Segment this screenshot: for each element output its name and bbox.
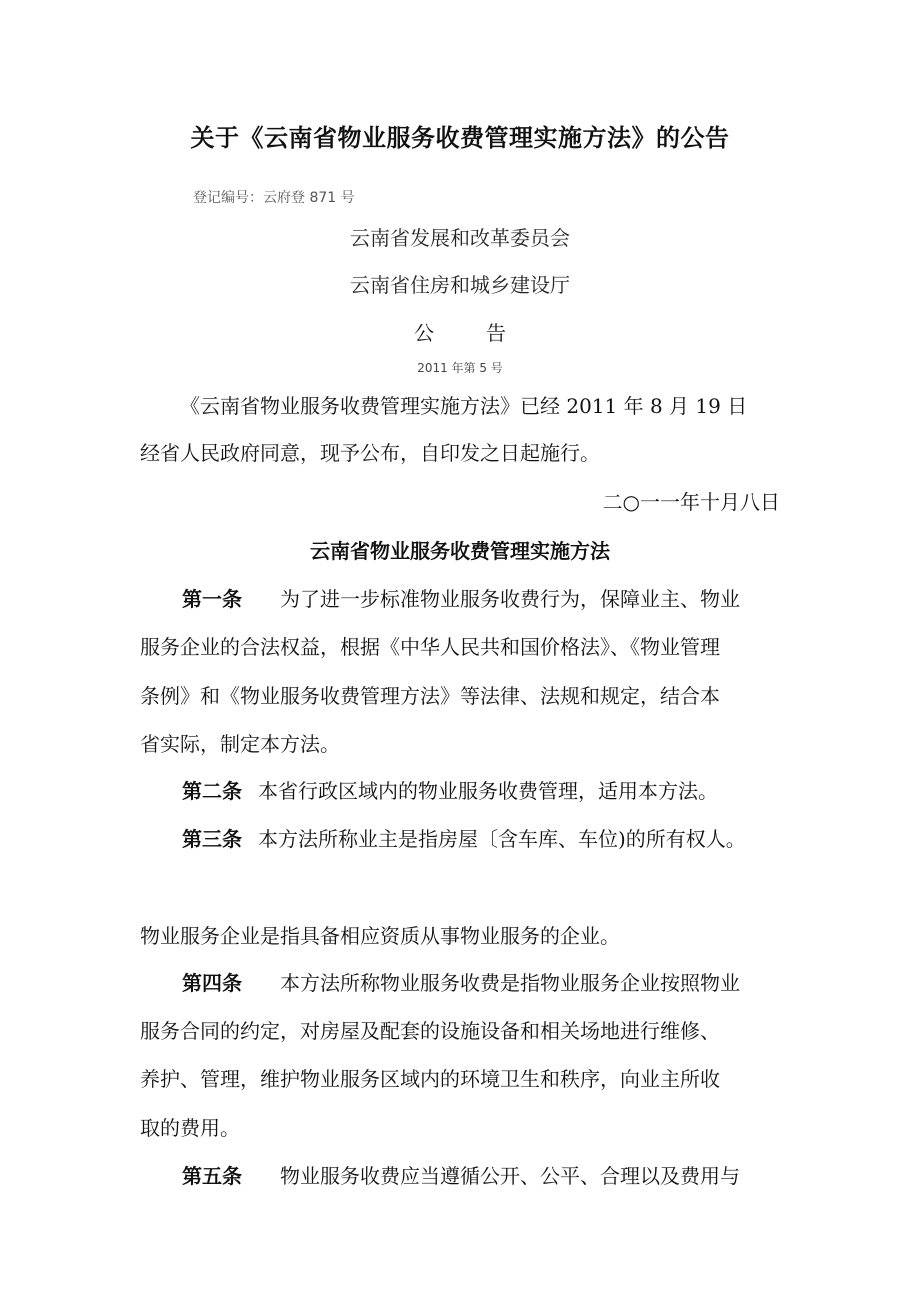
notice-number: 2011 年第 5 号 bbox=[0, 359, 920, 376]
article-3-first-line: 第三条本方法所称业主是指房屋〔含车库、车位)的所有权人。 bbox=[182, 823, 746, 852]
article-2-label: 第二条 bbox=[182, 779, 242, 803]
regulation-title: 云南省物业服务收费管理实施方法 bbox=[0, 535, 920, 564]
intro-line-1: 《云南省物业服务收费管理实施方法》已经 2011 年 8 月 19 日 bbox=[180, 390, 747, 419]
article-2-line: 本省行政区域内的物业服务收费管理，适用本方法。 bbox=[258, 779, 718, 803]
article-5-first-line: 第五条物业服务收费应当遵循公开、公平、合理以及费用与 bbox=[182, 1160, 740, 1189]
issuer-housing-dept: 云南省住房和城乡建设厅 bbox=[0, 269, 920, 298]
notice-heading: 公告 bbox=[0, 317, 920, 346]
article-3-line: 物业服务企业是指具备相应资质从事物业服务的企业。 bbox=[140, 920, 620, 949]
intro-line-2: 经省人民政府同意，现予公布，自印发之日起施行。 bbox=[140, 437, 600, 466]
article-4-line: 本方法所称物业服务收费是指物业服务企业按照物业 bbox=[280, 971, 740, 995]
issuer-drc: 云南省发展和改革委员会 bbox=[0, 222, 920, 251]
article-1-first-line: 第一条为了进一步标准物业服务收费行为，保障业主、物业 bbox=[182, 583, 740, 612]
article-2: 第二条本省行政区域内的物业服务收费管理，适用本方法。 bbox=[182, 775, 718, 804]
article-5-line: 物业服务收费应当遵循公开、公平、合理以及费用与 bbox=[280, 1164, 740, 1188]
notice-label-1: 公 bbox=[414, 321, 434, 345]
document-title: 关于《云南省物业服务收费管理实施方法》的公告 bbox=[0, 118, 920, 153]
article-3-label: 第三条 bbox=[182, 827, 242, 851]
article-4-label: 第四条 bbox=[182, 971, 242, 995]
article-1-line: 省实际，制定本方法。 bbox=[140, 728, 340, 757]
article-5-label: 第五条 bbox=[182, 1164, 242, 1188]
article-1-line: 条例》和《物业服务收费管理方法》等法律、法规和规定，结合本 bbox=[140, 680, 720, 709]
notice-label-2: 告 bbox=[486, 321, 506, 345]
article-3-line: 本方法所称业主是指房屋〔含车库、车位)的所有权人。 bbox=[258, 827, 746, 851]
article-4-line: 养护、管理，维护物业服务区域内的环境卫生和秩序，向业主所收 bbox=[140, 1063, 720, 1092]
registration-number: 登记编号：云府登 871 号 bbox=[193, 187, 355, 207]
issue-date: 二○一一年十月八日 bbox=[603, 486, 780, 515]
article-4-first-line: 第四条本方法所称物业服务收费是指物业服务企业按照物业 bbox=[182, 967, 740, 996]
article-1-line: 服务企业的合法权益，根据《中华人民共和国价格法》、《物业管理 bbox=[140, 631, 720, 660]
article-1-label: 第一条 bbox=[182, 587, 242, 611]
article-4-line: 服务合同的约定，对房屋及配套的设施设备和相关场地进行维修、 bbox=[140, 1015, 720, 1044]
article-1-line: 为了进一步标准物业服务收费行为，保障业主、物业 bbox=[280, 587, 740, 611]
article-4-line: 取的费用。 bbox=[140, 1112, 240, 1141]
